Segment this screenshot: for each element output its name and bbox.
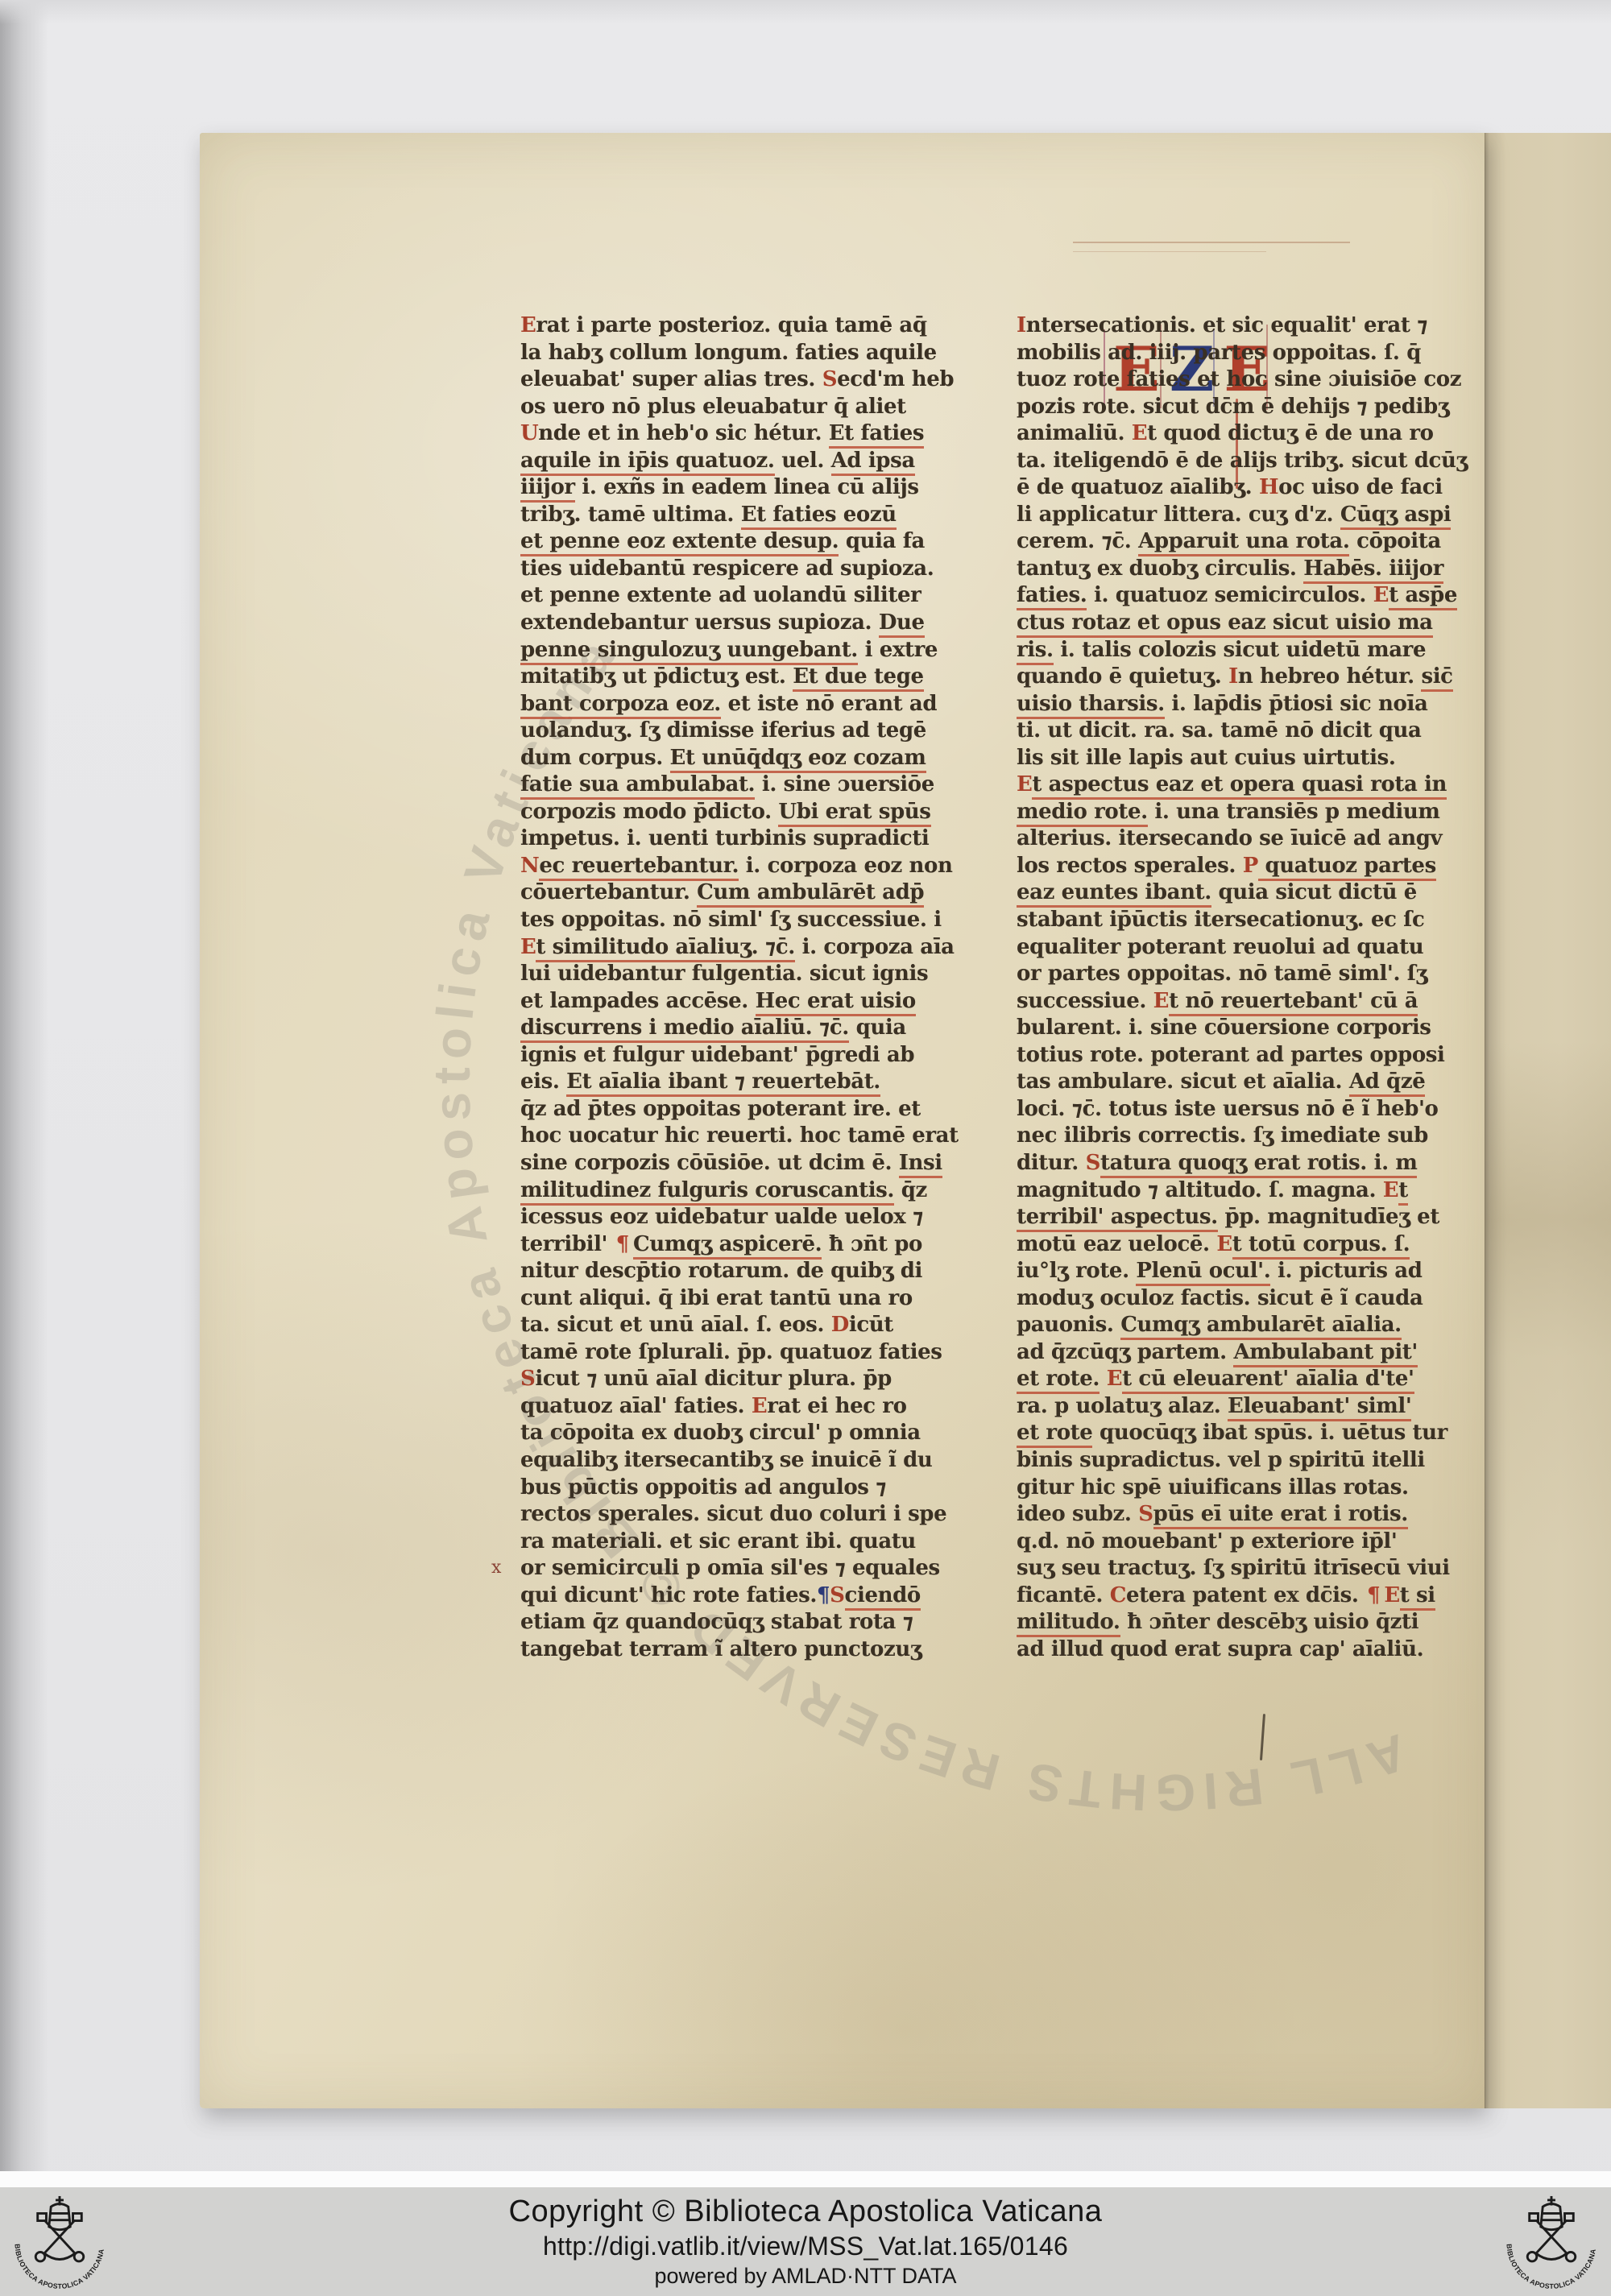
ruling-line <box>1073 251 1266 252</box>
manuscript-line: Et aspectus eaz et opera quasi rota in <box>1017 772 1510 799</box>
vatican-library-logo-right: BIBLIOTECA APOSTOLICA VATICANA <box>1501 2192 1601 2292</box>
rubricated-phrase: t nō reuertebant' cū ā <box>1169 989 1418 1016</box>
red-initial: S <box>830 1583 844 1607</box>
footer-powered-by: powered by AMLAD·NTT DATA <box>654 2264 956 2289</box>
text-segment: ta. iteligendō ē de alijs tribʒ. sicut d… <box>1017 449 1468 473</box>
rubricated-phrase: discurrens i medio aīaliū. ⁊c̄. <box>520 1016 849 1043</box>
text-segment: i. talis colozis sicut uidetū mare <box>1054 638 1426 662</box>
manuscript-line: ta cōpoita ex duobʒ circul' p omnia <box>520 1420 1013 1447</box>
rubricated-phrase: Cūqʒ aspi <box>1340 503 1452 530</box>
manuscript-line: impetus. i. uenti turbinis supradicti <box>520 825 1013 853</box>
manuscript-line: la habʒ collum longum. faties aquile <box>520 340 1013 367</box>
manuscript-line: gitur hic spē uiuificans illas rotas. <box>1017 1475 1510 1502</box>
rubricated-phrase: et penne eoz extente desup. <box>520 529 839 556</box>
manuscript-line: cōuertebantur. Cum ambulārēt adp̄ <box>520 879 1013 907</box>
manuscript-line: aquile in ip̄is quatuoz. uel. Ad ipsa <box>520 448 1013 475</box>
red-initial: S <box>1138 1502 1153 1526</box>
manuscript-line: bant corpoza eoz. et iste nō erant ad <box>520 691 1013 718</box>
rubricated-phrase: fatie sua ambulabat. <box>520 772 755 800</box>
manuscript-line: ad q̄zcūqʒ partem. Ambulabant pit' <box>1017 1339 1510 1367</box>
text-segment: ignis et fulgur uidebant' p̄gredi ab <box>520 1043 914 1067</box>
red-initial: I <box>1228 664 1238 689</box>
rubricated-phrase: Ad ipsa <box>831 449 915 476</box>
rubricated-phrase: t aspectus eaz et opera quasi rota in <box>1032 772 1447 800</box>
text-segment: binis supradictus. vel p spiritū itelli <box>1017 1448 1425 1472</box>
rubricated-phrase: Eleuabant' siml' <box>1228 1394 1411 1421</box>
rubricated-phrase: Apparuit una rota. <box>1138 529 1349 556</box>
text-segment: ideo subz. <box>1017 1502 1138 1526</box>
ruling-line <box>1073 242 1350 243</box>
text-segment: terribil' <box>520 1232 615 1256</box>
manuscript-line: q̄z ad p̄tes oppoitas poterant ire. et <box>520 1096 1013 1123</box>
rubricated-phrase: faties. <box>1017 583 1087 610</box>
manuscript-line: et lampades accēse. Hec erat uisio <box>520 988 1013 1016</box>
manuscript-line: Intersecationis. et sic equalit' erat ⁊ <box>1017 312 1510 340</box>
rubricated-phrase: aquile in ip̄is quatuoz. <box>520 449 775 476</box>
rubricated-phrase: et rote. <box>1017 1367 1100 1394</box>
manuscript-line: penne singulozuʒ uungebant. i extre <box>520 637 1013 664</box>
text-segment: hoc uocatur hic reuerti. hoc tamē erat <box>520 1123 959 1148</box>
text-segment: magnitudo ⁊ altitudo. ſ. magna. <box>1017 1178 1383 1202</box>
red-initial: E <box>1373 583 1389 607</box>
red-initial: E <box>1384 1583 1399 1607</box>
rubricated-phrase: Plenū ocul'. <box>1136 1259 1270 1286</box>
text-segment: i. una transiēs p medium <box>1148 800 1440 824</box>
text-column-right: Intersecationis. et sic equalit' erat ⁊m… <box>1017 312 1510 1663</box>
manuscript-line: suʒ seu tractuʒ. ſʒ spiritū itrīsecū viu… <box>1017 1555 1510 1582</box>
manuscript-line: et rote. Et cū eleuarent' aīalia d'te' <box>1017 1366 1510 1393</box>
manuscript-line: corpozis modo p̄dicto. Ubi erat spūs <box>520 799 1013 826</box>
photograph-background: ALL RIGHTS RESERVED © Biblioteca Apostol… <box>0 0 1611 2296</box>
manuscript-line: fatie sua ambulabat. i. sine ɔuersiōe <box>520 772 1013 799</box>
text-segment: tamē rote ſplurali. p̄p. quatuoz faties <box>520 1340 942 1364</box>
rubricated-phrase: t <box>1398 1178 1408 1206</box>
manuscript-line: totius rote. poterant ad partes opposi <box>1017 1042 1510 1069</box>
text-segment: i. corpoza aīa <box>795 935 955 959</box>
rubricated-phrase: quatuoz partes <box>1258 854 1436 881</box>
manuscript-line: qui dicunt' hic rote faties.¶Sciendō <box>520 1582 1013 1610</box>
manuscript-line: iiijor i. exñs in eadem linea cū alijs <box>520 474 1013 502</box>
manuscript-line: equaliter poterant reuolui ad quatu <box>1017 934 1510 962</box>
manuscript-line: mobilis ad. iiij. partes oppoitas. ſ. q̄ <box>1017 340 1510 367</box>
manuscript-line: loci. ⁊c̄. totus iste uersus nō ē ĩ heb'… <box>1017 1096 1510 1123</box>
text-segment: q̄z <box>894 1178 927 1202</box>
text-segment: rectos sperales. sicut duo coluri i spe <box>520 1502 946 1526</box>
text-segment: i extre <box>858 638 938 662</box>
red-initial: E <box>1153 989 1169 1013</box>
text-segment: oc uiso de faci <box>1278 475 1443 499</box>
rubricated-phrase: militudo. <box>1017 1610 1120 1637</box>
manuscript-line: or semicirculi p omīa sil'es ⁊ equales <box>520 1555 1013 1582</box>
manuscript-line: mitatibʒ ut p̄dictuʒ est. Et due tege <box>520 664 1013 691</box>
rubricated-phrase: t asp̄e <box>1389 583 1457 610</box>
red-initial: E <box>520 935 536 959</box>
text-segment: pauonis. <box>1017 1313 1120 1337</box>
manuscript-line: lis sit ille lapis aut cuius uirtutis. <box>1017 745 1510 772</box>
rubricated-phrase: t totū corpus. ſ. <box>1232 1232 1410 1260</box>
logo-arc-label: BIBLIOTECA APOSTOLICA VATICANA <box>14 2244 106 2290</box>
manuscript-line: tantuʒ ex duobʒ circulis. Habēs. iiijor <box>1017 556 1510 583</box>
manuscript-line: nec ilibris correctis. ſʒ imediate sub <box>1017 1123 1510 1150</box>
manuscript-line: ctus rotaz et opus eaz sicut uisio ma <box>1017 610 1510 637</box>
text-segment: ad illud quod erat supra cap' aīaliū. <box>1017 1637 1423 1661</box>
text-segment: icessus eoz uidebatur ualde uelox ⁊ <box>520 1205 923 1229</box>
text-segment: qui dicunt' hic rote faties. <box>520 1583 817 1607</box>
text-segment: q̄z ad p̄tes oppoitas poterant ire. et <box>520 1097 921 1121</box>
manuscript-line: Sicut ⁊ unū aīal dicitur plura. p̄p <box>520 1366 1013 1393</box>
red-initial: E <box>1132 421 1147 445</box>
text-segment: corpozis modo p̄dicto. <box>520 800 778 824</box>
rubricated-phrase: ec reuertebantur. <box>539 854 739 881</box>
text-segment: tribʒ. tamē ultima. <box>520 503 741 527</box>
text-segment: cunt aliqui. q̄ ibi erat tantū una ro <box>520 1286 913 1310</box>
red-initial: E <box>1107 1367 1122 1391</box>
text-segment: nitur descp̄tio rotarum. de quibʒ di <box>520 1259 922 1283</box>
manuscript-line: militudinez fulguris coruscantis. q̄z <box>520 1177 1013 1205</box>
manuscript-line: q.d. nō mouebant' p exteriore ip̄l' <box>1017 1529 1510 1556</box>
text-segment: tuoz rote faties et hoc sine ɔiuisiōe co… <box>1017 367 1461 391</box>
logo-arc-label: BIBLIOTECA APOSTOLICA VATICANA <box>1505 2244 1598 2290</box>
margin-mark-x: x <box>491 1558 501 1578</box>
text-segment: nec ilibris correctis. ſʒ imediate sub <box>1017 1123 1428 1148</box>
text-segment: iu°lʒ rote. <box>1017 1259 1136 1283</box>
red-initial: P <box>1243 854 1258 878</box>
text-segment: cerem. ⁊c̄. <box>1017 529 1138 553</box>
manuscript-line: ris. i. talis colozis sicut uidetū mare <box>1017 637 1510 664</box>
rubricated-phrase: Due <box>879 610 925 638</box>
manuscript-line: ties uidebantū respicere ad supioza. <box>520 556 1013 583</box>
manuscript-line: or partes oppoitas. nō tamē siml'. ſʒ <box>1017 961 1510 988</box>
text-segment: quia sicut dictū ē <box>1211 880 1417 904</box>
manuscript-line: Erat i parte posterioz. quia tamē aq̄ <box>520 312 1013 340</box>
rubricated-phrase: t si <box>1400 1583 1435 1611</box>
rubricated-phrase: Cumqʒ aspicerē. <box>633 1232 822 1260</box>
rubricated-phrase: Ambulabant pit' <box>1233 1340 1418 1367</box>
rubricated-phrase: Et due tege <box>793 664 923 692</box>
background-left-shade <box>0 0 48 2296</box>
red-initial: S <box>822 367 837 391</box>
blue-paraph: ¶ <box>817 1583 830 1607</box>
red-initial: S <box>520 1367 535 1391</box>
manuscript-line: et rote quocūqʒ ibat spūs. i. uētus tur <box>1017 1420 1510 1447</box>
text-segment: et penne extente ad uolandū siliter <box>520 583 921 607</box>
red-initial: E <box>520 313 536 337</box>
text-segment: i. corpoza eoz non <box>739 854 952 878</box>
footer-copyright: Copyright © Biblioteca Apostolica Vatica… <box>509 2195 1103 2229</box>
text-segment: ties uidebantū respicere ad supioza. <box>520 556 934 581</box>
manuscript-line: hoc uocatur hic reuerti. hoc tamē erat <box>520 1123 1013 1150</box>
manuscript-line: stabant ip̄ūctis itersecationuʒ. ec ſc <box>1017 907 1510 934</box>
manuscript-line: alterius. itersecando se īuicē ad angv <box>1017 825 1510 853</box>
text-segment: pozis rote. sicut dc̄m ē dehijs ⁊ pedibʒ <box>1017 395 1449 419</box>
manuscript-line: rectos sperales. sicut duo coluri i spe <box>520 1501 1013 1529</box>
text-segment: q.d. nō mouebant' p exteriore ip̄l' <box>1017 1529 1397 1553</box>
manuscript-line: Nec reuertebantur. i. corpoza eoz non <box>520 853 1013 880</box>
text-segment: quia <box>849 1016 906 1040</box>
manuscript-line: quatuoz aīal' faties. Erat ei hec ro <box>520 1393 1013 1421</box>
red-initial: E <box>1383 1178 1398 1202</box>
manuscript-line: et penne extente ad uolandū siliter <box>520 582 1013 610</box>
text-segment: ti. ut dicit. ra. sa. tamē nō dicit qua <box>1017 718 1421 743</box>
text-segment: alterius. itersecando se īuicē ad angv <box>1017 826 1442 850</box>
rubricated-phrase: Et faties eozū <box>741 503 897 530</box>
text-segment: ta cōpoita ex duobʒ circul' p omnia <box>520 1421 921 1445</box>
text-segment: ta. sicut et unū aīal. ſ. eos. <box>520 1313 831 1337</box>
text-segment: extendebantur uersus supioza. <box>520 610 879 635</box>
manuscript-line: discurrens i medio aīaliū. ⁊c̄. quia <box>520 1015 1013 1042</box>
text-segment: et iste nō erant ad <box>721 692 937 716</box>
rubricated-phrase: t similitudo aīaliuʒ. ⁊c̄. <box>536 935 795 962</box>
manuscript-line: ad illud quod erat supra cap' aīaliū. <box>1017 1636 1510 1664</box>
manuscript-line: bularent. i. sine cōuersione corporis <box>1017 1015 1510 1042</box>
rubricated-phrase: Cumqʒ ambularēt aīalia. <box>1120 1313 1402 1340</box>
manuscript-line: et penne eoz extente desup. quia fa <box>520 528 1013 556</box>
text-segment: ħ ɔn̄t po <box>822 1232 922 1256</box>
text-segment: ecd'm heb <box>837 367 954 391</box>
text-segment: la habʒ collum longum. faties aquile <box>520 341 937 365</box>
manuscript-line: os uero nō plus eleuabatur q̄ aliet <box>520 394 1013 421</box>
rubricated-phrase: Cum ambulārēt adp̄ <box>697 880 924 908</box>
text-segment: ntersecationis. et sic equalit' erat ⁊ <box>1026 313 1427 337</box>
text-segment: mobilis ad. iiij. partes oppoitas. ſ. q̄ <box>1017 341 1421 365</box>
text-segment: bus pūctis oppoitis ad angulos ⁊ <box>520 1475 886 1500</box>
text-segment: rat ei hec ro <box>767 1394 906 1418</box>
manuscript-line: bus pūctis oppoitis ad angulos ⁊ <box>520 1475 1013 1502</box>
text-segment: eleuabat' super alias tres. <box>520 367 822 391</box>
text-segment: ad q̄zcūqʒ partem. <box>1017 1340 1233 1364</box>
text-segment: totius rote. poterant ad partes opposi <box>1017 1043 1445 1067</box>
manuscript-line: Unde et in heb'o sic hétur. Et faties <box>520 420 1013 448</box>
manuscript-line: Et similitudo aīaliuʒ. ⁊c̄. i. corpoza a… <box>520 934 1013 962</box>
rubricated-phrase: penne singulozuʒ uungebant. <box>520 638 858 665</box>
rubricated-phrase: pūs eī uite erat i rotis. <box>1153 1502 1408 1529</box>
text-segment: tes oppoitas. nō siml' ſʒ successiue. i <box>520 908 942 932</box>
manuscript-line: eaz euntes ibant. quia sicut dictū ē <box>1017 879 1510 907</box>
rubricated-phrase: sic̄ <box>1421 664 1452 692</box>
red-initial: E <box>752 1394 767 1418</box>
text-segment: icut ⁊ unū aīal dicitur plura. p̄p <box>535 1367 892 1391</box>
manuscript-line: extendebantur uersus supioza. Due <box>520 610 1013 637</box>
text-segment: lis sit ille lapis aut cuius uirtutis. <box>1017 746 1396 770</box>
text-segment: rat i parte posterioz. quia tamē aq̄ <box>536 313 926 337</box>
text-segment: animaliū. <box>1017 421 1132 445</box>
red-initial: U <box>520 421 538 445</box>
rubricated-phrase: ris. <box>1017 638 1054 665</box>
text-segment: mitatibʒ ut p̄dictuʒ est. <box>520 664 793 689</box>
text-segment: dum corpus. <box>520 746 670 770</box>
manuscript-line: cerem. ⁊c̄. Apparuit una rota. cōpoita <box>1017 528 1510 556</box>
rubricated-phrase: terribil' aspectus. <box>1017 1205 1218 1232</box>
manuscript-line: uolanduʒ. ſʒ dimisse iferius ad tegē <box>520 718 1013 745</box>
manuscript-line: successiue. Et nō reuertebant' cū ā <box>1017 988 1510 1016</box>
text-segment: cōuertebantur. <box>520 880 697 904</box>
red-initial: N <box>520 854 539 878</box>
manuscript-line: binis supradictus. vel p spiritū itelli <box>1017 1447 1510 1475</box>
manuscript-line: ra. p uolatuʒ alaz. Eleuabant' siml' <box>1017 1393 1510 1421</box>
text-segment: ħ ɔn̄ter descēbʒ uisio q̄zti <box>1120 1610 1419 1634</box>
text-segment <box>1100 1367 1107 1391</box>
manuscript-line: tuoz rote faties et hoc sine ɔiuisiōe co… <box>1017 366 1510 394</box>
text-segment: or partes oppoitas. nō tamē siml'. ſʒ <box>1017 962 1427 986</box>
text-segment: cōpoita <box>1349 529 1440 553</box>
footer-url: http://digi.vatlib.it/view/MSS_Vat.lat.1… <box>543 2232 1068 2261</box>
red-initial: E <box>1216 1232 1232 1256</box>
manuscript-line: tes oppoitas. nō siml' ſʒ successiue. i <box>520 907 1013 934</box>
manuscript-line: ta. iteligendō ē de alijs tribʒ. sicut d… <box>1017 448 1510 475</box>
red-paraph: ¶ <box>615 1232 633 1256</box>
vatican-emblem-icon: BIBLIOTECA APOSTOLICA VATICANA <box>1501 2192 1601 2292</box>
rubricated-phrase: Et faties <box>829 421 924 449</box>
manuscript-line: los rectos sperales. P quatuoz partes <box>1017 853 1510 880</box>
text-segment: tangebat terram ĩ altero punctozuʒ <box>520 1637 921 1661</box>
red-initial: S <box>1086 1151 1100 1175</box>
text-segment: ficantē. <box>1017 1583 1110 1607</box>
text-segment: t quod dictuʒ ē de una ro <box>1147 421 1433 445</box>
manuscript-line: sine corpozis cōūsiōe. ut dcim ē. Insi <box>520 1150 1013 1177</box>
manuscript-line: li applicatur littera. cuʒ d'z. Cūqʒ asp… <box>1017 502 1510 529</box>
manuscript-line: etiam q̄z quandocūqʒ stabat rota ⁊ <box>520 1609 1013 1636</box>
manuscript-line: uisio tharsis. i. lap̄dis p̄tiosi sic no… <box>1017 691 1510 718</box>
manuscript-line: lui uidebantur fulgentia. sicut ignis <box>520 961 1013 988</box>
text-segment: lui uidebantur fulgentia. sicut ignis <box>520 962 928 986</box>
red-initial: H <box>1259 475 1278 499</box>
manuscript-line: militudo. ħ ɔn̄ter descēbʒ uisio q̄zti <box>1017 1609 1510 1636</box>
rubricated-phrase: Et unūq̄dqʒ eoz cozam <box>670 746 926 773</box>
rubricated-phrase: Et aīalia ibant ⁊ reuertebāt. <box>566 1069 880 1097</box>
text-segment: li applicatur littera. cuʒ d'z. <box>1017 503 1340 527</box>
svg-text:BIBLIOTECA APOSTOLICA VATICANA: BIBLIOTECA APOSTOLICA VATICANA <box>14 2244 106 2290</box>
text-segment: nde et in heb'o sic hétur. <box>538 421 828 445</box>
text-segment: or semicirculi p omīa sil'es ⁊ equales <box>520 1556 940 1580</box>
manuscript-line: cunt aliqui. q̄ ibi erat tantū una ro <box>520 1285 1013 1313</box>
rubricated-phrase: Ubi erat spūs <box>778 800 930 827</box>
red-initial: I <box>1017 313 1026 337</box>
manuscript-line: moduʒ oculoz factis. sicut ē ĩ cauda <box>1017 1285 1510 1313</box>
manuscript-line: medio rote. i. una transiēs p medium <box>1017 799 1510 826</box>
text-segment: quatuoz aīal' faties. <box>520 1394 752 1418</box>
red-initial: C <box>1110 1583 1126 1607</box>
text-segment: et lampades accēse. <box>520 989 756 1013</box>
manuscript-line: tas ambulare. sicut et aīalia. Ad q̄zē <box>1017 1069 1510 1096</box>
manuscript-line: ē de quatuoz aīalibʒ. Hoc uiso de faci <box>1017 474 1510 502</box>
text-segment: ra. p uolatuʒ alaz. <box>1017 1394 1228 1418</box>
manuscript-line: nitur descp̄tio rotarum. de quibʒ di <box>520 1258 1013 1285</box>
text-segment: tantuʒ ex duobʒ circulis. <box>1017 556 1303 581</box>
manuscript-line: eis. Et aīalia ibant ⁊ reuertebāt. <box>520 1069 1013 1096</box>
background-top-shade <box>0 0 1611 24</box>
text-segment: i. exñs in eadem linea cū alijs <box>575 475 919 499</box>
manuscript-line: ideo subz. Spūs eī uite erat i rotis. <box>1017 1501 1510 1529</box>
text-segment: quia fa <box>839 529 925 553</box>
rubricated-phrase: uisio tharsis. <box>1017 692 1165 719</box>
manuscript-line: ta. sicut et unū aīal. ſ. eos. Dicūt <box>520 1312 1013 1339</box>
vatican-library-logo-left: BIBLIOTECA APOSTOLICA VATICANA <box>10 2192 110 2292</box>
text-segment: i. lap̄dis p̄tiosi sic noīa <box>1165 692 1428 716</box>
manuscript-line: ditur. Statura quoqʒ erat rotis. i. m <box>1017 1150 1510 1177</box>
rubricated-phrase: Insi <box>899 1151 942 1178</box>
text-segment: equalibʒ itersecantibʒ se inuicē ĩ du <box>520 1448 932 1472</box>
text-segment: ra materiali. et sic erant ibi. quatu <box>520 1529 916 1553</box>
rubricated-phrase: Ad q̄zē <box>1349 1069 1426 1097</box>
manuscript-line: eleuabat' super alias tres. Secd'm heb <box>520 366 1013 394</box>
rubricated-phrase: medio rote. <box>1017 800 1148 827</box>
manuscript-line: ti. ut dicit. ra. sa. tamē nō dicit qua <box>1017 718 1510 745</box>
text-segment: moduʒ oculoz factis. sicut ē ĩ cauda <box>1017 1286 1423 1310</box>
text-segment: icūt <box>849 1313 893 1337</box>
text-segment: i. picturis ad <box>1270 1259 1422 1283</box>
manuscript-line: ra materiali. et sic erant ibi. quatu <box>520 1529 1013 1556</box>
text-segment: uolanduʒ. ſʒ dimisse iferius ad tegē <box>520 718 926 743</box>
text-segment: i. sine ɔuersiōe <box>755 772 934 796</box>
manuscript-line: pozis rote. sicut dc̄m ē dehijs ⁊ pedibʒ <box>1017 394 1510 421</box>
red-initial: D <box>831 1313 849 1337</box>
text-segment: ditur. <box>1017 1151 1086 1175</box>
text-segment: motū eaz uelocē. <box>1017 1232 1216 1256</box>
manuscript-line: ficantē. Cetera patent ex dc̄is. ¶Et si <box>1017 1582 1510 1610</box>
text-segment: equaliter poterant reuolui ad quatu <box>1017 935 1423 959</box>
text-segment: i. quatuoz semicirculos. <box>1087 583 1373 607</box>
manuscript-line: ignis et fulgur uidebant' p̄gredi ab <box>520 1042 1013 1069</box>
manuscript-line: tribʒ. tamē ultima. Et faties eozū <box>520 502 1013 529</box>
text-segment: bularent. i. sine cōuersione corporis <box>1017 1016 1431 1040</box>
rubricated-phrase: Habēs. iiijor <box>1303 556 1443 584</box>
text-segment: loci. ⁊c̄. totus iste uersus nō ē ĩ heb'… <box>1017 1097 1439 1121</box>
manuscript-line: animaliū. Et quod dictuʒ ē de una ro <box>1017 420 1510 448</box>
manuscript-line: quando ē quietuʒ. In hebreo hétur. sic̄ <box>1017 664 1510 691</box>
text-segment: impetus. i. uenti turbinis supradicti <box>520 826 929 850</box>
text-column-left: Erat i parte posterioz. quia tamē aq̄la … <box>520 312 1013 1663</box>
text-segment: uel. <box>775 449 831 473</box>
text-segment: etiam q̄z quandocūqʒ stabat rota ⁊ <box>520 1610 913 1634</box>
rubricated-phrase: et rote <box>1017 1421 1092 1448</box>
rubricated-phrase: t cū eleuarent' aīalia d'te' <box>1122 1367 1414 1394</box>
text-segment: los rectos sperales. <box>1017 854 1243 878</box>
text-segment: sine corpozis cōūsiōe. ut dcim ē. <box>520 1151 899 1175</box>
rubricated-phrase: tatura quoqʒ erat rotis. i. m <box>1100 1151 1418 1178</box>
footer-white-strip <box>0 2171 1611 2187</box>
manuscript-line: tamē rote ſplurali. p̄p. quatuoz faties <box>520 1339 1013 1367</box>
text-segment: ē de quatuoz aīalibʒ. <box>1017 475 1259 499</box>
manuscript-line: dum corpus. Et unūq̄dqʒ eoz cozam <box>520 745 1013 772</box>
red-initial: E <box>1017 772 1032 796</box>
manuscript-line: tangebat terram ĩ altero punctozuʒ <box>520 1636 1013 1664</box>
text-segment: quando ē quietuʒ. <box>1017 664 1228 689</box>
rubricated-phrase: iiijor <box>520 475 575 503</box>
svg-text:BIBLIOTECA APOSTOLICA VATICANA: BIBLIOTECA APOSTOLICA VATICANA <box>1505 2244 1598 2290</box>
text-segment: p̄p. magnitudīeʒ et <box>1218 1205 1439 1229</box>
manuscript-line: terribil' ¶Cumqʒ aspicerē. ħ ɔn̄t po <box>520 1231 1013 1259</box>
manuscript-line: magnitudo ⁊ altitudo. ſ. magna. Et <box>1017 1177 1510 1205</box>
text-segment: suʒ seu tractuʒ. ſʒ spiritū itrīsecū viu… <box>1017 1556 1450 1580</box>
manuscript-line: motū eaz uelocē. Et totū corpus. ſ. <box>1017 1231 1510 1259</box>
rubricated-phrase: bant corpoza eoz. <box>520 692 721 719</box>
footer-text-block: Copyright © Biblioteca Apostolica Vatica… <box>0 2187 1611 2296</box>
rubricated-phrase: ciendō <box>845 1583 921 1611</box>
text-segment: quocūqʒ ibat spūs. i. uētus tur <box>1092 1421 1447 1445</box>
manuscript-line: iu°lʒ rote. Plenū ocul'. i. picturis ad <box>1017 1258 1510 1285</box>
text-segment: tas ambulare. sicut et aīalia. <box>1017 1069 1349 1094</box>
rubricated-phrase: militudinez fulguris coruscantis. <box>520 1178 894 1206</box>
manuscript-line: terribil' aspectus. p̄p. magnitudīeʒ et <box>1017 1204 1510 1231</box>
rubricated-phrase: eaz euntes ibant. <box>1017 880 1211 908</box>
text-segment: etera patent ex dc̄is. <box>1126 1583 1365 1607</box>
rubricated-phrase: ctus rotaz et opus eaz sicut uisio ma <box>1017 610 1433 638</box>
text-segment: successiue. <box>1017 989 1153 1013</box>
manuscript-line: faties. i. quatuoz semicirculos. Et asp̄… <box>1017 582 1510 610</box>
text-segment: os uero nō plus eleuabatur q̄ aliet <box>520 395 906 419</box>
red-paraph: ¶ <box>1365 1583 1384 1607</box>
text-segment: gitur hic spē uiuificans illas rotas. <box>1017 1475 1409 1500</box>
